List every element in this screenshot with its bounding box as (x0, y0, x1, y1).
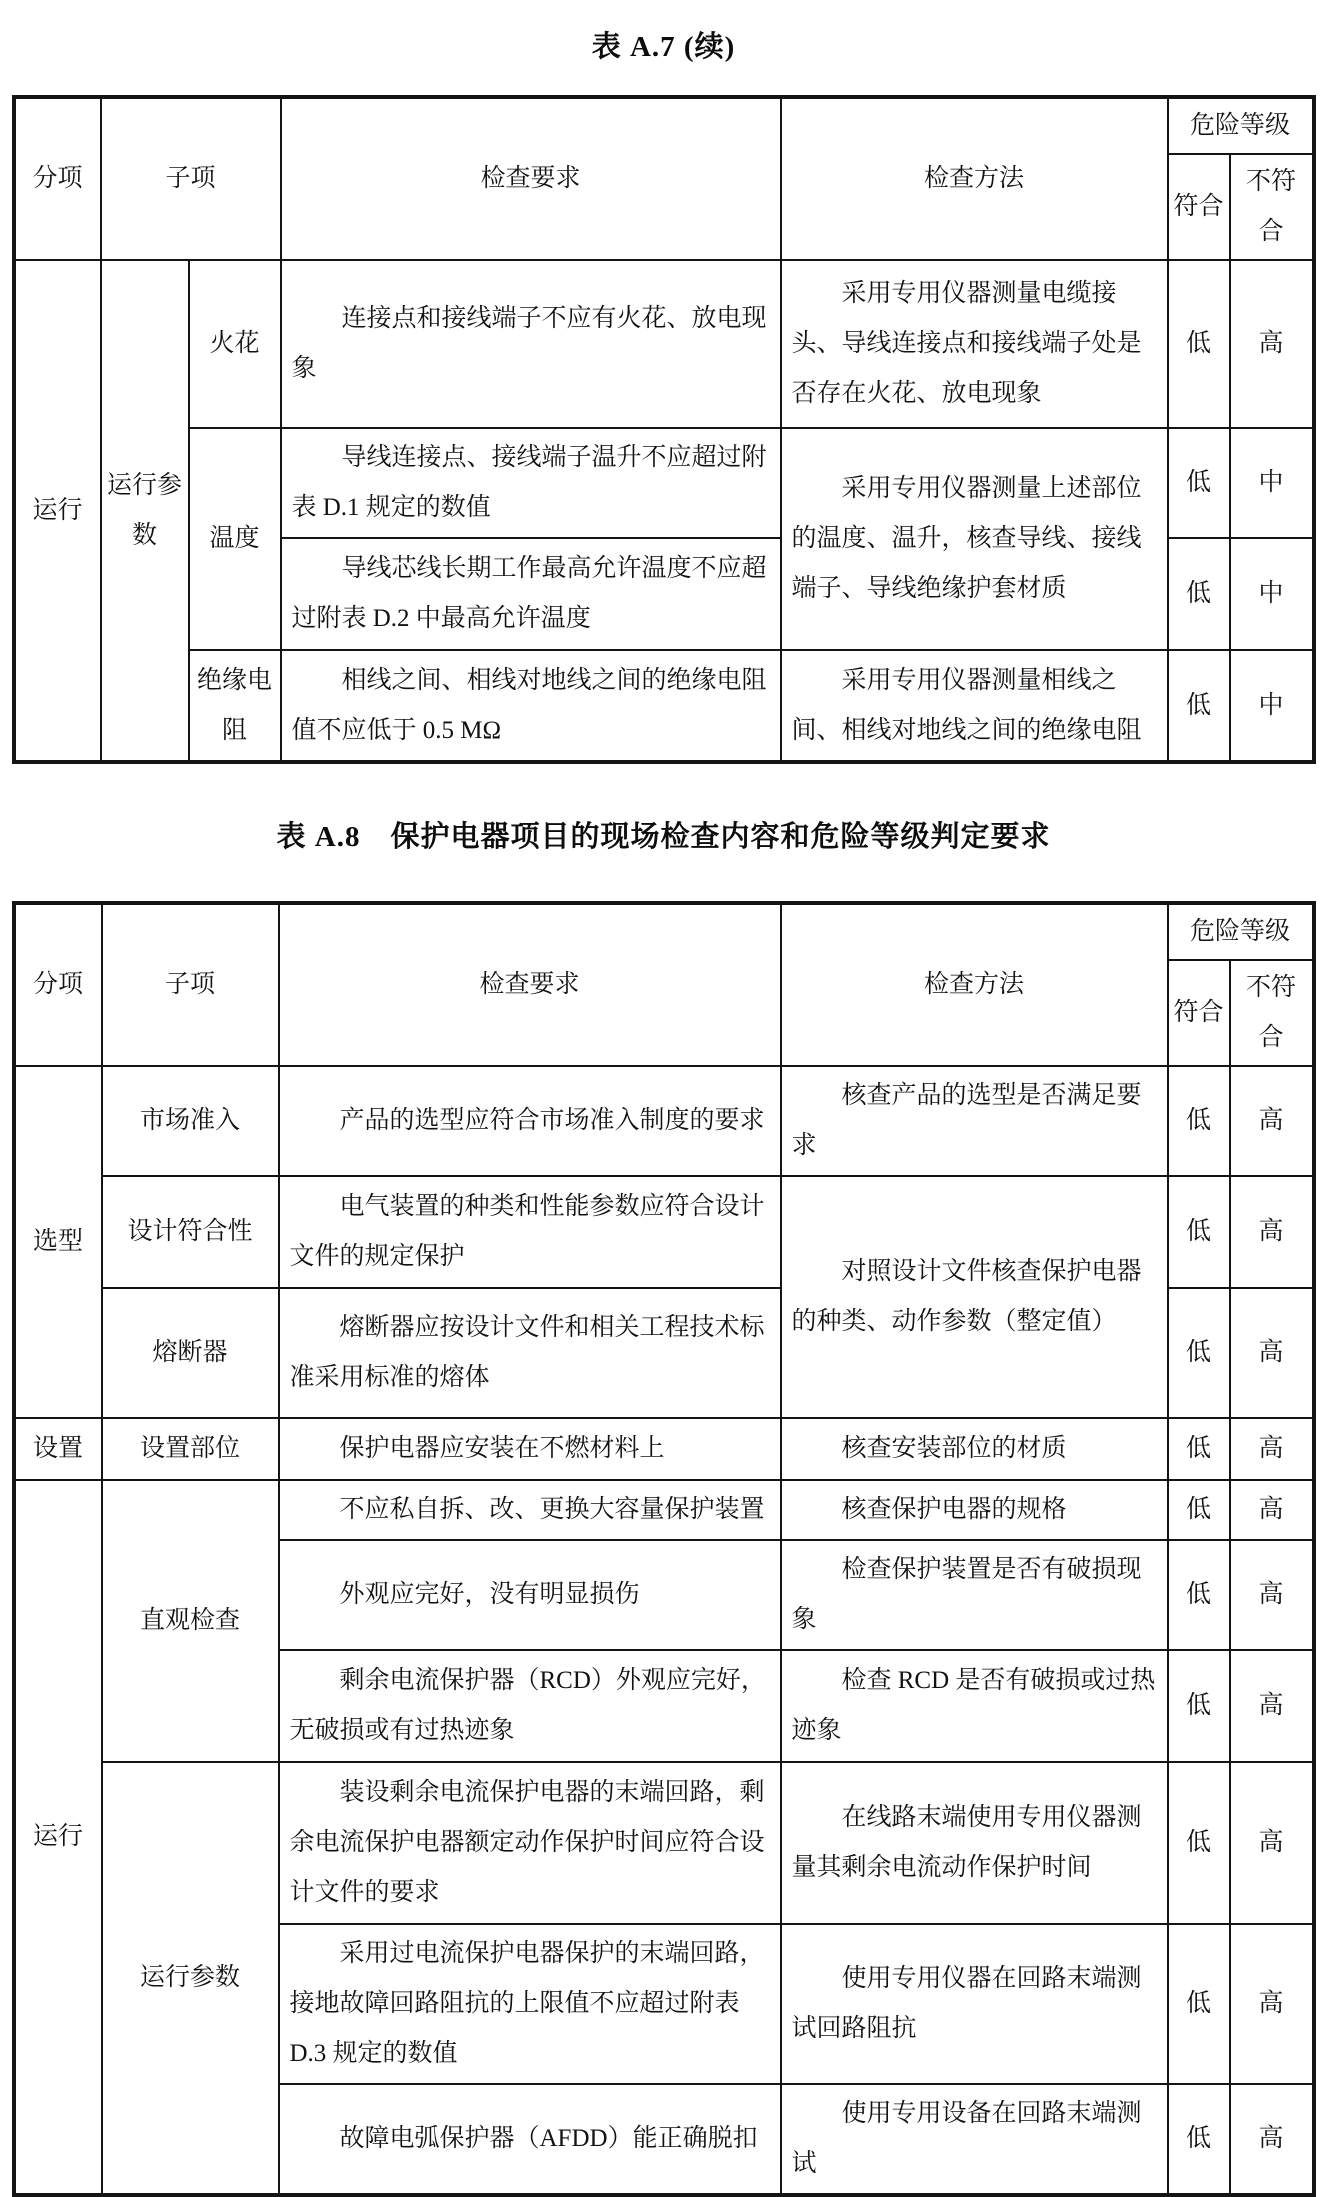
cell-subitem: 火花 (189, 260, 281, 428)
cell-risk-fail: 中 (1230, 428, 1314, 538)
header-fail: 不符合 (1230, 154, 1314, 260)
cell-method: 使用专用设备在回路末端测试 (781, 2084, 1168, 2195)
cell-subitem: 绝缘电阻 (189, 650, 281, 762)
cell-risk-fail: 高 (1230, 1650, 1314, 1762)
table-row: 运行参数 装设剩余电流保护电器的末端回路，剩余电流保护电器额定动作保护时间应符合… (14, 1762, 1314, 1924)
cell-requirement: 装设剩余电流保护电器的末端回路，剩余电流保护电器额定动作保护时间应符合设计文件的… (279, 1762, 781, 1924)
cell-risk-fail: 高 (1230, 1480, 1314, 1540)
cell-risk-pass: 低 (1168, 428, 1230, 538)
table-row: 运行 直观检查 不应私自拆、改、更换大容量保护装置 核查保护电器的规格 低 高 (14, 1480, 1314, 1540)
cell-method: 核查保护电器的规格 (781, 1480, 1168, 1540)
table-row: 运行 运行参数 火花 连接点和接线端子不应有火花、放电现象 采用专用仪器测量电缆… (14, 260, 1314, 428)
cell-risk-pass: 低 (1168, 1066, 1230, 1176)
table-a8-title: 表 A.8 保护电器项目的现场检查内容和危险等级判定要求 (0, 814, 1327, 855)
cell-subitem: 运行参数 (102, 1762, 279, 2195)
cell-requirement: 保护电器应安装在不燃材料上 (279, 1418, 781, 1480)
cell-method: 对照设计文件核查保护电器的种类、动作参数（整定值） (781, 1176, 1168, 1418)
header-subitem: 子项 (102, 903, 279, 1066)
cell-method: 在线路末端使用专用仪器测量其剩余电流动作保护时间 (781, 1762, 1168, 1924)
cell-item: 设置 (14, 1418, 102, 1480)
header-item: 分项 (14, 903, 102, 1066)
document-page: 表 A.7 (续) 分项 子项 检查要求 检查方法 危险等级 符合 不符合 运行… (0, 0, 1327, 2197)
cell-risk-pass: 低 (1168, 1480, 1230, 1540)
cell-risk-fail: 高 (1230, 2084, 1314, 2195)
cell-subitem-group: 运行参数 (101, 260, 189, 762)
header-pass: 符合 (1168, 154, 1230, 260)
cell-risk-pass: 低 (1168, 2084, 1230, 2195)
cell-item: 运行 (14, 260, 101, 762)
table-row: 设计符合性 电气装置的种类和性能参数应符合设计文件的规定保护 对照设计文件核查保… (14, 1176, 1314, 1288)
header-risk-level: 危险等级 (1168, 903, 1314, 960)
cell-risk-fail: 中 (1230, 650, 1314, 762)
cell-risk-fail: 高 (1230, 1540, 1314, 1650)
cell-subitem: 温度 (189, 428, 281, 650)
cell-requirement: 采用过电流保护电器保护的末端回路，接地故障回路阻抗的上限值不应超过附表 D.3 … (279, 1924, 781, 2084)
cell-risk-fail: 中 (1230, 538, 1314, 650)
cell-requirement: 不应私自拆、改、更换大容量保护装置 (279, 1480, 781, 1540)
cell-method: 采用专用仪器测量上述部位的温度、温升，核查导线、接线端子、导线绝缘护套材质 (781, 428, 1168, 650)
cell-risk-fail: 高 (1230, 1288, 1314, 1418)
cell-risk-pass: 低 (1168, 1924, 1230, 2084)
cell-risk-pass: 低 (1168, 1540, 1230, 1650)
header-subitem: 子项 (101, 97, 281, 260)
header-method: 检查方法 (781, 903, 1168, 1066)
cell-requirement: 剩余电流保护器（RCD）外观应完好，无破损或有过热迹象 (279, 1650, 781, 1762)
cell-risk-fail: 高 (1230, 1176, 1314, 1288)
cell-risk-pass: 低 (1168, 1762, 1230, 1924)
cell-item: 选型 (14, 1066, 102, 1418)
cell-method: 采用专用仪器测量相线之间、相线对地线之间的绝缘电阻 (781, 650, 1168, 762)
cell-requirement: 故障电弧保护器（AFDD）能正确脱扣 (279, 2084, 781, 2195)
table-a7-title: 表 A.7 (续) (0, 24, 1327, 65)
cell-risk-fail: 高 (1230, 260, 1314, 428)
header-risk-level: 危险等级 (1168, 97, 1314, 154)
table-a8: 分项 子项 检查要求 检查方法 危险等级 符合 不符合 选型 市场准入 产品的选… (12, 901, 1316, 2197)
cell-risk-pass: 低 (1168, 538, 1230, 650)
header-method: 检查方法 (781, 97, 1168, 260)
table-a7: 分项 子项 检查要求 检查方法 危险等级 符合 不符合 运行 运行参数 火花 连… (12, 95, 1316, 764)
cell-subitem: 熔断器 (102, 1288, 279, 1418)
cell-subitem: 市场准入 (102, 1066, 279, 1176)
cell-requirement: 导线芯线长期工作最高允许温度不应超过附表 D.2 中最高允许温度 (281, 538, 781, 650)
cell-method: 检查保护装置是否有破损现象 (781, 1540, 1168, 1650)
cell-requirement: 相线之间、相线对地线之间的绝缘电阻值不应低于 0.5 MΩ (281, 650, 781, 762)
cell-risk-pass: 低 (1168, 1418, 1230, 1480)
table-row: 选型 市场准入 产品的选型应符合市场准入制度的要求 核查产品的选型是否满足要求 … (14, 1066, 1314, 1176)
header-requirement: 检查要求 (279, 903, 781, 1066)
table-row: 绝缘电阻 相线之间、相线对地线之间的绝缘电阻值不应低于 0.5 MΩ 采用专用仪… (14, 650, 1314, 762)
cell-risk-fail: 高 (1230, 1762, 1314, 1924)
cell-risk-fail: 高 (1230, 1066, 1314, 1176)
cell-requirement: 导线连接点、接线端子温升不应超过附表 D.1 规定的数值 (281, 428, 781, 538)
cell-risk-pass: 低 (1168, 1650, 1230, 1762)
cell-requirement: 电气装置的种类和性能参数应符合设计文件的规定保护 (279, 1176, 781, 1288)
table-row: 设置 设置部位 保护电器应安装在不燃材料上 核查安装部位的材质 低 高 (14, 1418, 1314, 1480)
cell-risk-pass: 低 (1168, 260, 1230, 428)
cell-item: 运行 (14, 1480, 102, 2195)
cell-method: 检查 RCD 是否有破损或过热迹象 (781, 1650, 1168, 1762)
header-item: 分项 (14, 97, 101, 260)
cell-method: 核查安装部位的材质 (781, 1418, 1168, 1480)
cell-risk-fail: 高 (1230, 1924, 1314, 2084)
cell-risk-fail: 高 (1230, 1418, 1314, 1480)
table-row: 温度 导线连接点、接线端子温升不应超过附表 D.1 规定的数值 采用专用仪器测量… (14, 428, 1314, 538)
cell-subitem: 设计符合性 (102, 1176, 279, 1288)
cell-requirement: 连接点和接线端子不应有火花、放电现象 (281, 260, 781, 428)
cell-subitem: 直观检查 (102, 1480, 279, 1762)
header-fail: 不符合 (1230, 960, 1314, 1066)
cell-requirement: 熔断器应按设计文件和相关工程技术标准采用标准的熔体 (279, 1288, 781, 1418)
cell-method: 采用专用仪器测量电缆接头、导线连接点和接线端子处是否存在火花、放电现象 (781, 260, 1168, 428)
cell-requirement: 外观应完好，没有明显损伤 (279, 1540, 781, 1650)
header-requirement: 检查要求 (281, 97, 781, 260)
cell-method: 核查产品的选型是否满足要求 (781, 1066, 1168, 1176)
cell-method: 使用专用仪器在回路末端测试回路阻抗 (781, 1924, 1168, 2084)
header-pass: 符合 (1168, 960, 1230, 1066)
cell-requirement: 产品的选型应符合市场准入制度的要求 (279, 1066, 781, 1176)
cell-risk-pass: 低 (1168, 1288, 1230, 1418)
cell-risk-pass: 低 (1168, 650, 1230, 762)
cell-subitem: 设置部位 (102, 1418, 279, 1480)
cell-risk-pass: 低 (1168, 1176, 1230, 1288)
